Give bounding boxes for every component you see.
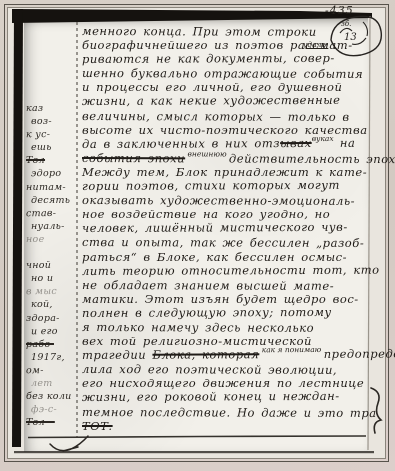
handwriting-text: нитам-: [26, 182, 66, 193]
manuscript-line: менного конца. При этом строки: [82, 24, 372, 39]
handwriting-text: нуаль-: [31, 221, 65, 232]
handwriting-text: каз: [26, 103, 43, 114]
manuscript-line: величины, смысл которых — только в: [82, 109, 372, 124]
handwriting-text: 1917г,: [31, 352, 65, 363]
handwriting-text: лет: [31, 378, 53, 389]
manuscript-line: раться“ в Блоке, как бессилен осмыс-: [82, 250, 372, 264]
handwriting-text: человек, лишённый мистического чув-: [82, 220, 348, 235]
manuscript-line: шенно буквально отражающие события: [82, 66, 372, 81]
handwriting-text: к ус-: [26, 129, 50, 140]
manuscript-line: ТОТ.: [82, 419, 372, 433]
margin-note: нитам-: [26, 182, 74, 195]
manuscript-line: я только намечу здесь несколько: [82, 320, 372, 335]
handwriting-text: ом-: [26, 365, 44, 376]
margin-note: Тол—: [26, 417, 74, 430]
margin-note: [26, 247, 74, 261]
inserted-word-top: удале-: [303, 40, 328, 49]
struck-text: рабо-: [26, 339, 54, 350]
manuscript-line: матики. Этот изъян будет щедро вос-: [82, 292, 372, 306]
inserted-word: внешнюю: [185, 149, 229, 158]
manuscript-line: оказывать художественно-эмоциональ-: [82, 193, 372, 208]
inserted-word: как я понимаю: [259, 345, 323, 354]
margin-column: казвоз-к ус-ешьТолэдоронитам-десятьстав-…: [26, 103, 74, 430]
struck-text: ТОТ.: [82, 419, 113, 433]
struck-text: ывах: [280, 136, 312, 150]
margin-note: рабо-: [26, 339, 74, 352]
handwriting-text: раться“ в Блоке, как бессилен осмыс-: [82, 250, 347, 264]
margin-note: лет: [26, 378, 74, 391]
manuscript-line: трагедии Блока, которая как я понимаю пр…: [82, 347, 372, 362]
handwriting-text: ешь: [31, 142, 52, 153]
struck-text: события эпохи: [82, 151, 185, 165]
margin-note: но и: [26, 273, 74, 286]
handwriting-text: на: [334, 136, 356, 150]
handwriting-text: я только намечу здесь несколько: [82, 320, 314, 335]
handwriting-text: менного конца. При этом строки: [82, 24, 317, 39]
handwriting-text: предопреде-: [324, 347, 395, 361]
page-number: -435: [325, 4, 354, 17]
margin-note: чной: [26, 260, 74, 273]
margin-note: ное: [26, 234, 74, 247]
margin-note: ешь: [26, 142, 74, 155]
struck-text: Блока, которая: [152, 347, 259, 361]
margin-note: здора-: [26, 313, 74, 326]
handwriting-text: не обладает знанием высшей мате-: [82, 278, 334, 293]
handwriting-text: да в заключенных в них отз: [82, 136, 280, 151]
handwriting-text: лила ход его поэтической эволюции,: [82, 362, 337, 377]
margin-note: без коли: [26, 391, 74, 404]
handwriting-text: жизни, его роковой конец и неждан-: [82, 389, 340, 404]
margin-note: нуаль-: [26, 221, 74, 234]
manuscript-line: жизни, его роковой конец и неждан-: [82, 389, 372, 404]
handwriting-text: ства и опыта, так же бессилен „разоб-: [82, 235, 364, 250]
handwriting-text: став-: [26, 208, 56, 219]
handwriting-text: шенно буквально отражающие события: [82, 66, 363, 81]
handwriting-text: кой,: [31, 299, 53, 310]
margin-note: к ус-: [26, 129, 74, 143]
manuscript-line: лить теорию относительности тот, кто: [82, 262, 372, 277]
manuscript-line: события эпохи внешнюю действительность э…: [82, 151, 372, 166]
margin-note: кой,: [26, 299, 74, 312]
handwriting-text: но и: [31, 273, 53, 284]
manuscript-line: полнен в следующую эпоху; потому: [82, 305, 372, 320]
handwriting-text: риваются не как документы, совер-: [82, 51, 335, 66]
handwriting-text: Между тем, Блок принадлежит к кате-: [82, 165, 367, 179]
handwriting-text: воз-: [31, 116, 52, 127]
handwriting-text: действительность эпохи.: [229, 151, 395, 166]
handwriting-text: величины, смысл которых — только в: [82, 109, 350, 124]
margin-note: и его: [26, 325, 74, 339]
manuscript-line: человек, лишённый мистического чув-: [82, 220, 372, 235]
margin-note: в мыс: [26, 286, 74, 300]
handwriting-text: чной: [26, 260, 51, 271]
text-layer: -435 удале- казвоз-к ус-ешьТолэдоронитам…: [0, 0, 395, 471]
manuscript-line: гории поэтов, стихи которых могут: [82, 178, 372, 193]
handwriting-text: эдоро: [31, 168, 61, 179]
handwriting-text: десять: [31, 195, 70, 206]
manuscript-line: риваются не как документы, совер-: [82, 51, 372, 66]
margin-note: каз: [26, 103, 74, 116]
handwriting-text: лить теорию относительности тот, кто: [82, 262, 380, 277]
manuscript-line: лила ход его поэтической эволюции,: [82, 362, 372, 377]
struck-text: Тол—: [26, 417, 55, 428]
handwriting-text: гории поэтов, стихи которых могут: [82, 178, 340, 193]
margin-note: став-: [26, 207, 74, 221]
inserted-word: вуках: [312, 134, 334, 143]
manuscript-line: не обладает знанием высшей мате-: [82, 278, 372, 293]
handwriting-text: ное: [26, 234, 45, 245]
margin-note: Тол: [26, 155, 74, 168]
manuscript-line: Между тем, Блок принадлежит к кате-: [82, 165, 372, 179]
handwriting-text: без коли: [26, 391, 72, 402]
margin-note: воз-: [26, 116, 74, 129]
margin-note: 1917г,: [26, 352, 74, 365]
manuscript-line: ства и опыта, так же бессилен „разоб-: [82, 235, 372, 250]
handwriting-text: в мыс: [26, 286, 57, 297]
struck-text: Тол: [26, 155, 45, 166]
manuscript-line: темное последствие. Но даже и это тра: [82, 405, 372, 420]
handwriting-text: жизни, а как некие художественные: [82, 93, 341, 108]
handwriting-text: темное последствие. Но даже и это тра: [82, 405, 377, 420]
manuscript-line: жизни, а как некие художественные: [82, 93, 372, 108]
handwriting-text: фэ-с-: [31, 404, 57, 415]
screenshot-root: { "document": { "kind": "scanned handwri…: [0, 0, 395, 471]
main-text-block: менного конца. При этом строкибиографичн…: [82, 24, 372, 433]
handwriting-text: полнен в следующую эпоху; потому: [82, 305, 332, 320]
handwriting-text: трагедии: [82, 348, 153, 362]
scan-background: зб. 13 -435 удале- казвоз-к ус-ешьТолэдо…: [0, 0, 395, 471]
handwriting-text: оказывать художественно-эмоциональ-: [82, 193, 355, 208]
margin-note: ом-: [26, 365, 74, 379]
margin-note: эдоро: [26, 168, 74, 182]
handwriting-text: и его: [31, 326, 58, 337]
margin-note: десять: [26, 195, 74, 208]
handwriting-text: здора-: [26, 313, 60, 324]
handwriting-text: матики. Этот изъян будет щедро вос-: [82, 292, 359, 306]
margin-note: фэ-с-: [26, 404, 74, 418]
